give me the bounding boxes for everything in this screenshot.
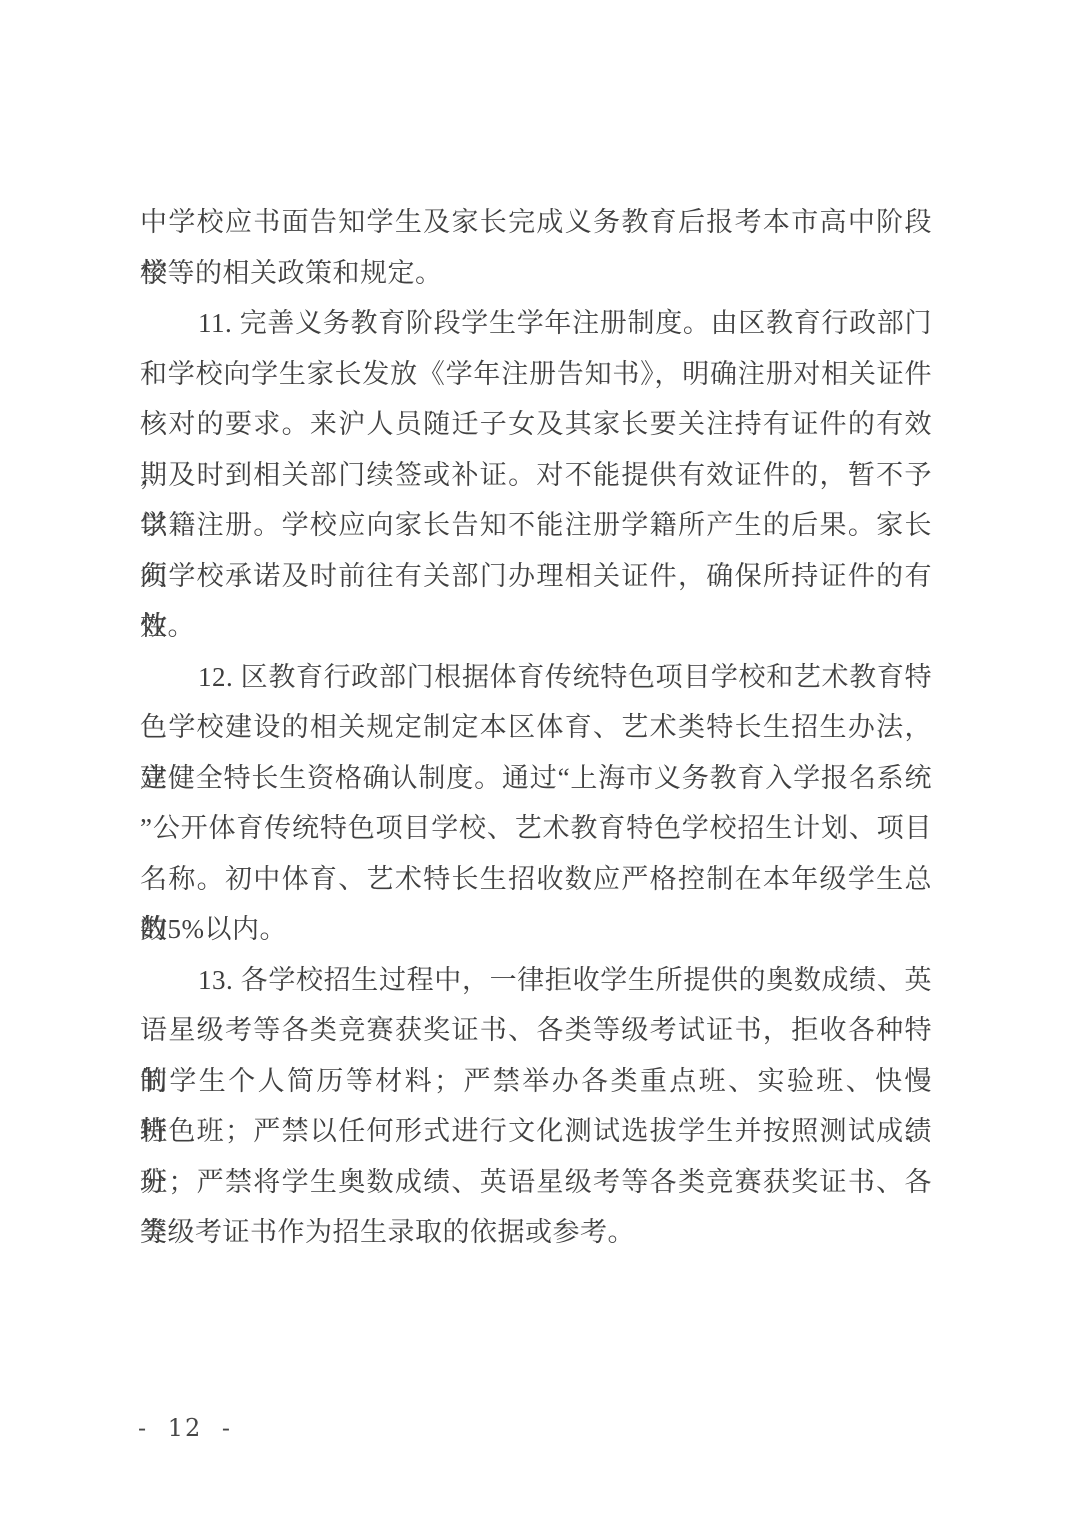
text-line: 核对的要求。来沪人员随迁子女及其家长要关注持有证件的有效期 — [140, 399, 932, 450]
text-line: 语星级考等各类竞赛获奖证书、各类等级考试证书，拒收各种特制 — [140, 1005, 932, 1056]
text-line: 12. 区教育行政部门根据体育传统特色项目学校和艺术教育特 — [140, 652, 932, 703]
text-line: 校等的相关政策和规定。 — [140, 248, 932, 299]
text-line: 立健全特长生资格确认制度。通过“上海市义务教育入学报名系统 — [140, 753, 932, 804]
text-line: 的5%以内。 — [140, 904, 932, 955]
text-line: 特色班；严禁以任何形式进行文化测试选拔学生并按照测试成绩分 — [140, 1106, 932, 1157]
document-page: 中学校应书面告知学生及家长完成义务教育后报考本市高中阶段学校等的相关政策和规定。… — [0, 0, 1080, 1527]
text-line: 的学生个人简历等材料；严禁举办各类重点班、实验班、快慢班、 — [140, 1056, 932, 1107]
text-line: 学籍注册。学校应向家长告知不能注册学籍所产生的后果。家长须 — [140, 500, 932, 551]
text-line: 色学校建设的相关规定制定本区体育、艺术类特长生招生办法，建 — [140, 702, 932, 753]
text-line: 向学校承诺及时前往有关部门办理相关证件，确保所持证件的有效 — [140, 551, 932, 602]
text-line: 和学校向学生家长发放《学年注册告知书》，明确注册对相关证件 — [140, 349, 932, 400]
document-text-block: 中学校应书面告知学生及家长完成义务教育后报考本市高中阶段学校等的相关政策和规定。… — [140, 197, 932, 1258]
text-line: 名称。初中体育、艺术特长生招收数应严格控制在本年级学生总数 — [140, 854, 932, 905]
text-line: 等级考证书作为招生录取的依据或参考。 — [140, 1207, 932, 1258]
text-line: 性。 — [140, 601, 932, 652]
text-line: 11. 完善义务教育阶段学生学年注册制度。由区教育行政部门 — [140, 298, 932, 349]
text-line: 班；严禁将学生奥数成绩、英语星级考等各类竞赛获奖证书、各类 — [140, 1157, 932, 1208]
text-line: ”公开体育传统特色项目学校、艺术教育特色学校招生计划、项目 — [140, 803, 932, 854]
text-line: 中学校应书面告知学生及家长完成义务教育后报考本市高中阶段学 — [140, 197, 932, 248]
text-line: 13. 各学校招生过程中，一律拒收学生所提供的奥数成绩、英 — [140, 955, 932, 1006]
text-line: ，及时到相关部门续签或补证。对不能提供有效证件的，暂不予以 — [140, 450, 932, 501]
page-number: - 12 - — [138, 1414, 232, 1442]
